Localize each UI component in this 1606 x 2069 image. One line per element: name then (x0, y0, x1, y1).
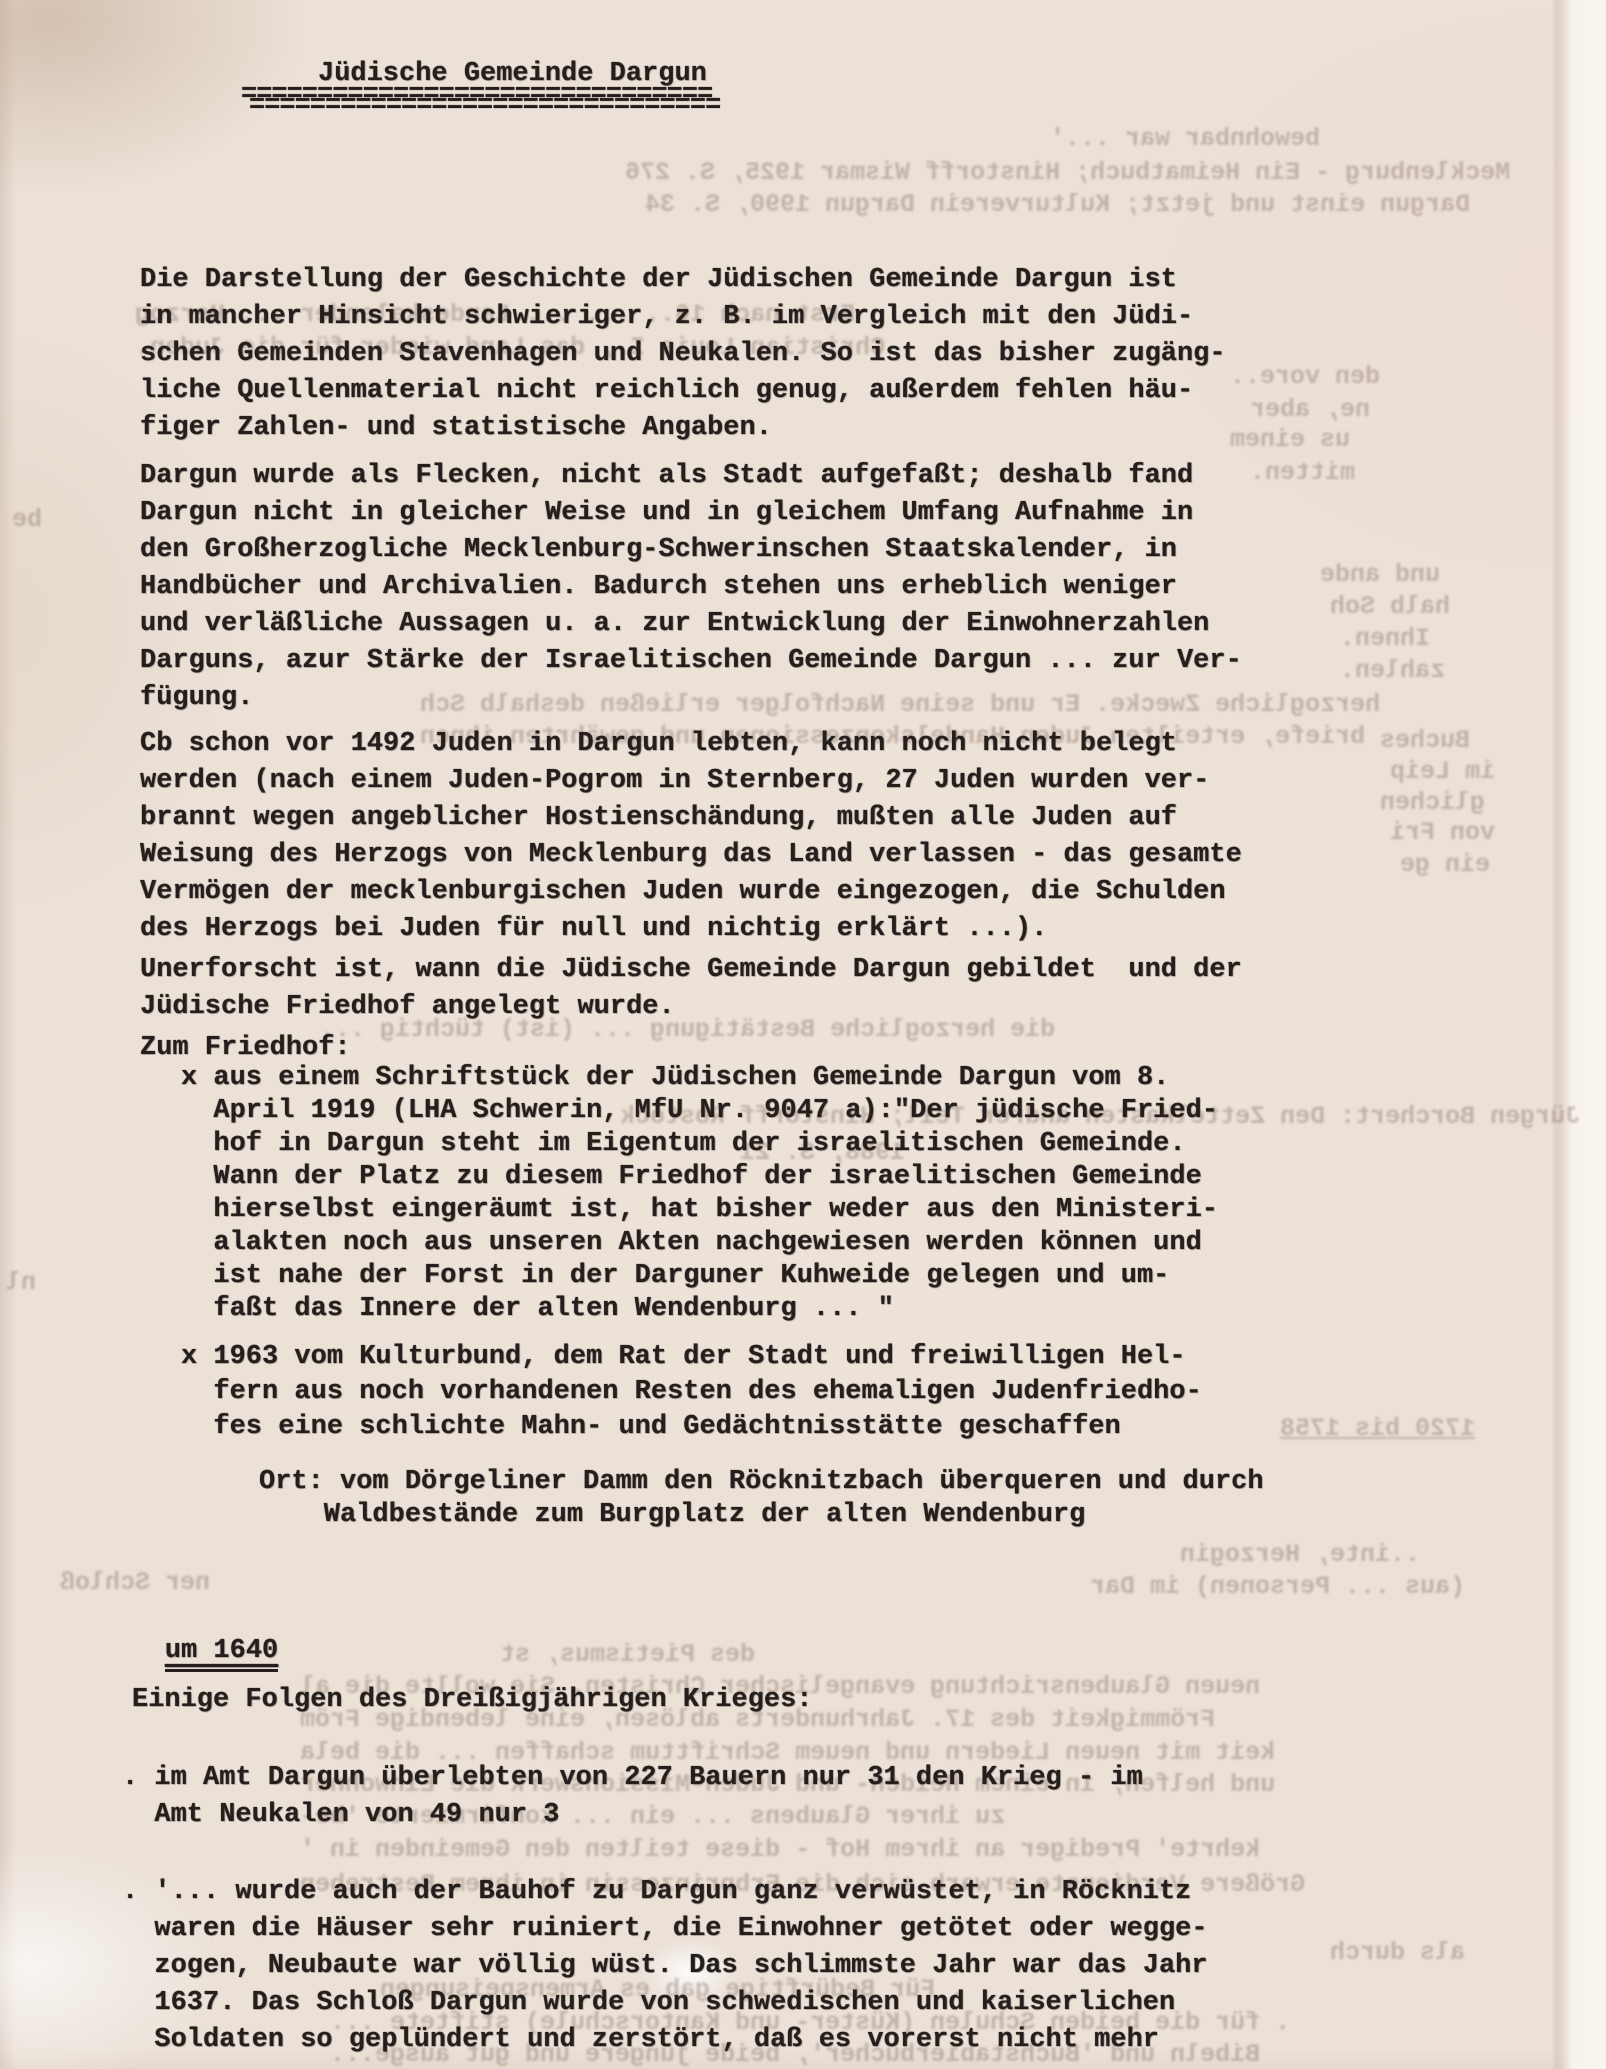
paragraph-flecken: Dargun wurde als Flecken, nicht als Stad… (140, 458, 1242, 717)
bleedthrough-line: den vore.. (1230, 362, 1380, 392)
bleedthrough-line: des Pietismus, st (500, 1640, 755, 1670)
bleedthrough-line: Mecklenburg - Ein Heimatbuch; Hinstorff … (625, 158, 1510, 188)
paragraph-intro: Die Darstellung der Geschichte der Jüdis… (140, 262, 1226, 447)
bleedthrough-line: im Leip (1390, 757, 1495, 787)
bleedthrough-line: ne, aber (1250, 395, 1370, 425)
bleedthrough-line: be (12, 505, 42, 535)
bleedthrough-line: von Fri (1390, 818, 1495, 848)
bleedthrough-line: als durch (1330, 1938, 1465, 1968)
bleedthrough-line: glichen (1380, 788, 1485, 818)
bleedthrough-line: zahlen. (1340, 656, 1445, 686)
list-item-1963: x 1963 vom Kulturbund, dem Rat der Stadt… (181, 1340, 1202, 1445)
paragraph-1492: Cb schon vor 1492 Juden in Dargun lebten… (140, 726, 1242, 948)
bleedthrough-line: Ihnen. (1340, 624, 1430, 654)
list-item-bauern: . im Amt Dargun überlebten von 227 Bauer… (122, 1760, 1143, 1834)
bleedthrough-line: ein ge (1400, 850, 1490, 880)
bleedthrough-line: Dargun einst und jetzt; Kulturverein Dar… (645, 190, 1470, 220)
bleedthrough-line: Buches (1380, 726, 1470, 756)
list-item-schriftstueck: x aus einem Schriftstück der Jüdischen G… (181, 1062, 1218, 1326)
title-underline-row-2: =============================== (249, 97, 720, 115)
bleedthrough-line: halb Soh (1330, 592, 1450, 622)
bleedthrough-line: us einem (1230, 425, 1350, 455)
bleedthrough-line: und ande (1320, 560, 1440, 590)
list-item-bauhof: . '... wurde auch der Bauhof zu Dargun g… (122, 1874, 1208, 2059)
paragraph-unerforscht: Unerforscht ist, wann die Jüdische Gemei… (140, 952, 1242, 1026)
heading-folgen: Einige Folgen des Dreißigjährigen Kriege… (132, 1682, 813, 1719)
bleedthrough-line: bewohnbar war ...' (1050, 124, 1320, 154)
bleedthrough-line: kehrte' Prediger an ihrem Hof - diese te… (300, 1835, 1260, 1865)
bleedthrough-line: ner Schloß (60, 1568, 210, 1598)
list-item-ort: Ort: vom Dörgeliner Damm den Röcknitzbac… (259, 1466, 1264, 1532)
scanned-page: bewohnbar war ...'Mecklenburg - Ein Heim… (0, 0, 1606, 2069)
bleedthrough-line: ..inte, Herzogin (1180, 1540, 1420, 1570)
bleedthrough-line: (aus ... Personen) im Dar (1090, 1572, 1465, 1602)
bleedthrough-line: nl (6, 1268, 36, 1298)
bleedthrough-line: 1720 bis 1758 (1280, 1414, 1475, 1444)
heading-um-1640: um 1640 (165, 1636, 278, 1672)
bleedthrough-line: mitten. (1250, 458, 1355, 488)
